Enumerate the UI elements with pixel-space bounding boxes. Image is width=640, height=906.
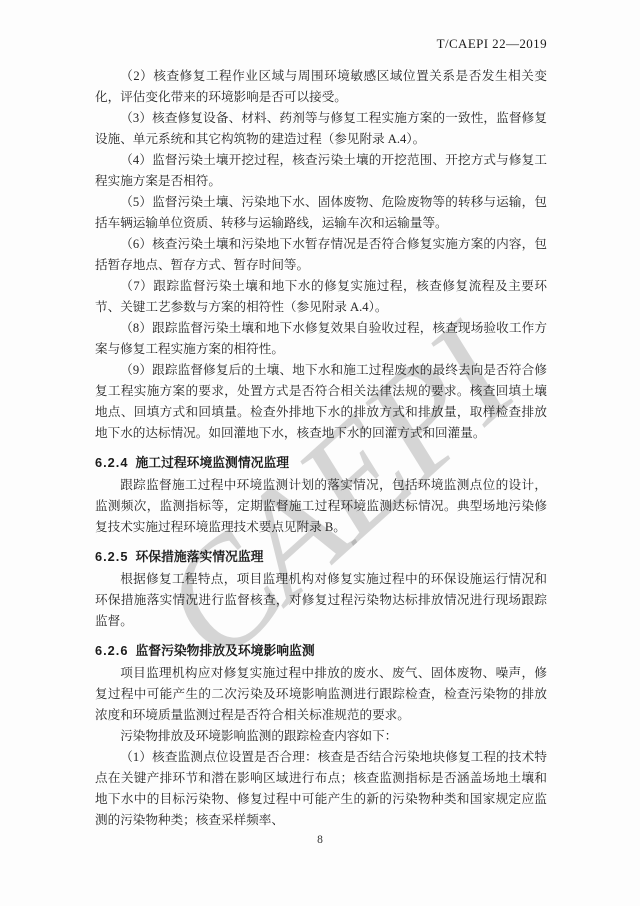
clause-item-8: （8）跟踪监督污染土壤和地下水修复效果自验收过程，核查现场验收工作方案与修复工程…	[95, 318, 547, 360]
document-page: T/CAEPI 22—2019 CAEPI （2）核查修复工程作业区域与周围环境…	[0, 0, 640, 906]
clause-item-6: （6）核查污染土壤和污染地下水暂存情况是否符合修复实施方案的内容，包括暂存地点、…	[95, 234, 547, 276]
clause-item-2: （2）核查修复工程作业区域与周围环境敏感区域位置关系是否发生相关变化，评估变化带…	[95, 66, 547, 108]
clause-item-9: （9）跟踪监督修复后的土壤、地下水和施工过程废水的最终去向是否符合修复工程实施方…	[95, 360, 547, 444]
clause-item-7: （7）跟踪监督污染土壤和地下水的修复实施过程，核查修复流程及主要环节、关键工艺参…	[95, 276, 547, 318]
section-title: 施工过程环境监测情况监理	[135, 455, 289, 470]
section-number: 6.2.6	[95, 643, 128, 658]
section-6-2-5-paragraph: 根据修复工程特点，项目监理机构对修复实施过程中的环保设施运行情况和环保措施落实情…	[95, 569, 547, 632]
clause-item-5: （5）监督污染土壤、污染地下水、固体废物、危险废物等的转移与运输，包括车辆运输单…	[95, 192, 547, 234]
document-content: （2）核查修复工程作业区域与周围环境敏感区域位置关系是否发生相关变化，评估变化带…	[95, 66, 547, 831]
clause-item-1: （1）核查监测点位设置是否合理：核查是否结合污染地块修复工程的技术特点在关键产排…	[95, 747, 547, 831]
section-title: 监督污染物排放及环境影响监测	[135, 643, 314, 658]
section-title: 环保措施落实情况监理	[135, 549, 263, 564]
section-6-2-4-paragraph: 跟踪监督施工过程中环境监测计划的落实情况，包括环境监测点位的设计，监测频次，监测…	[95, 475, 547, 538]
section-6-2-6-paragraph-1: 项目监理机构应对修复实施过程中排放的废水、废气、固体废物、噪声，修复过程中可能产…	[95, 663, 547, 726]
clause-item-4: （4）监督污染土壤开挖过程，核查污染土壤的开挖范围、开挖方式与修复工程实施方案是…	[95, 150, 547, 192]
section-number: 6.2.4	[95, 455, 128, 470]
standard-code-header: T/CAEPI 22—2019	[437, 36, 547, 52]
section-number: 6.2.5	[95, 549, 128, 564]
section-heading-6-2-6: 6.2.6监督污染物排放及环境影响监测	[95, 640, 547, 661]
page-number: 8	[0, 834, 640, 846]
section-6-2-6-intro: 污染物排放及环境影响监测的跟踪检查内容如下：	[95, 726, 547, 747]
clause-item-3: （3）核查修复设备、材料、药剂等与修复工程实施方案的一致性，监督修复设施、单元系…	[95, 108, 547, 150]
section-heading-6-2-5: 6.2.5环保措施落实情况监理	[95, 546, 547, 567]
section-heading-6-2-4: 6.2.4施工过程环境监测情况监理	[95, 452, 547, 473]
